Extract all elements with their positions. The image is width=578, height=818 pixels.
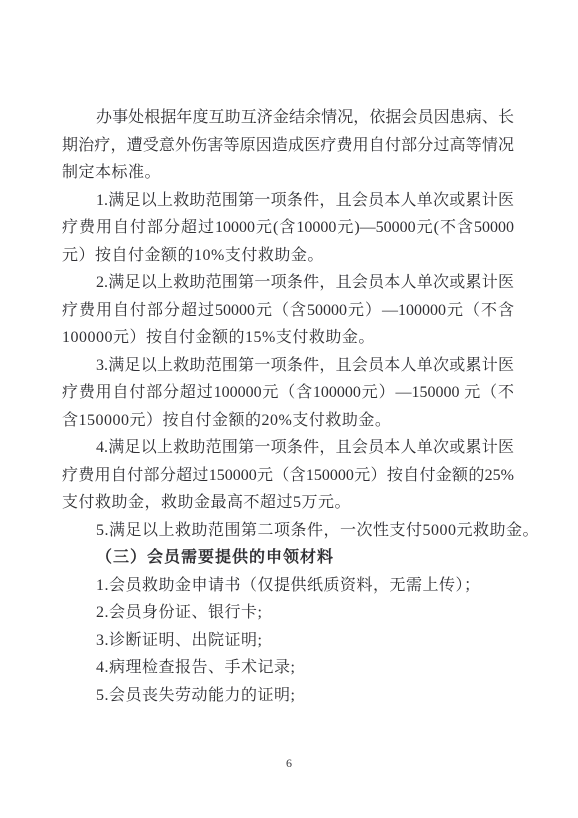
text-line: 5.满足以上救助范围第二项条件，一次性支付5000元救助金。 xyxy=(62,517,514,545)
section-heading: （三）会员需要提供的申领材料 xyxy=(62,544,514,572)
text-line: 期治疗，遭受意外伤害等原因造成医疗费用自付部分过高等情况 xyxy=(62,132,514,160)
text-line: 疗费用自付部分超过50000元（含50000元）—100000元（不含 xyxy=(62,297,514,325)
text-line: 元）按自付金额的10%支付救助金。 xyxy=(62,242,514,270)
text-line: 4.满足以上救助范围第一项条件，且会员本人单次或累计医 xyxy=(62,434,514,462)
text-line: 100000元）按自付金额的15%支付救助金。 xyxy=(62,324,514,352)
text-line: 含150000元）按自付金额的20%支付救助金。 xyxy=(62,407,514,435)
text-line: 疗费用自付部分超过150000元（含150000元）按自付金额的25% xyxy=(62,462,514,490)
page-number: 6 xyxy=(0,756,578,771)
text-line: 2.会员身份证、银行卡; xyxy=(62,599,514,627)
document-page: 办事处根据年度互助互济金结余情况，依据会员因患病、长 期治疗，遭受意外伤害等原因… xyxy=(0,0,578,818)
text-line: 4.病理检查报告、手术记录; xyxy=(62,654,514,682)
text-line: 疗费用自付部分超过10000元(含10000元)—50000元(不含50000 xyxy=(62,214,514,242)
text-line: 1.满足以上救助范围第一项条件，且会员本人单次或累计医 xyxy=(62,187,514,215)
document-body: 办事处根据年度互助互济金结余情况，依据会员因患病、长 期治疗，遭受意外伤害等原因… xyxy=(62,104,514,709)
text-line: 3.诊断证明、出院证明; xyxy=(62,627,514,655)
text-line: 制定本标准。 xyxy=(62,159,514,187)
text-line: 3.满足以上救助范围第一项条件，且会员本人单次或累计医 xyxy=(62,352,514,380)
text-line: 办事处根据年度互助互济金结余情况，依据会员因患病、长 xyxy=(62,104,514,132)
text-line: 2.满足以上救助范围第一项条件，且会员本人单次或累计医 xyxy=(62,269,514,297)
text-line: 1.会员救助金申请书（仅提供纸质资料，无需上传）； xyxy=(62,572,514,600)
text-line: 5.会员丧失劳动能力的证明; xyxy=(62,682,514,710)
text-line: 疗费用自付部分超过100000元（含100000元）—150000 元（不 xyxy=(62,379,514,407)
text-line: 支付救助金，救助金最高不超过5万元。 xyxy=(62,489,514,517)
